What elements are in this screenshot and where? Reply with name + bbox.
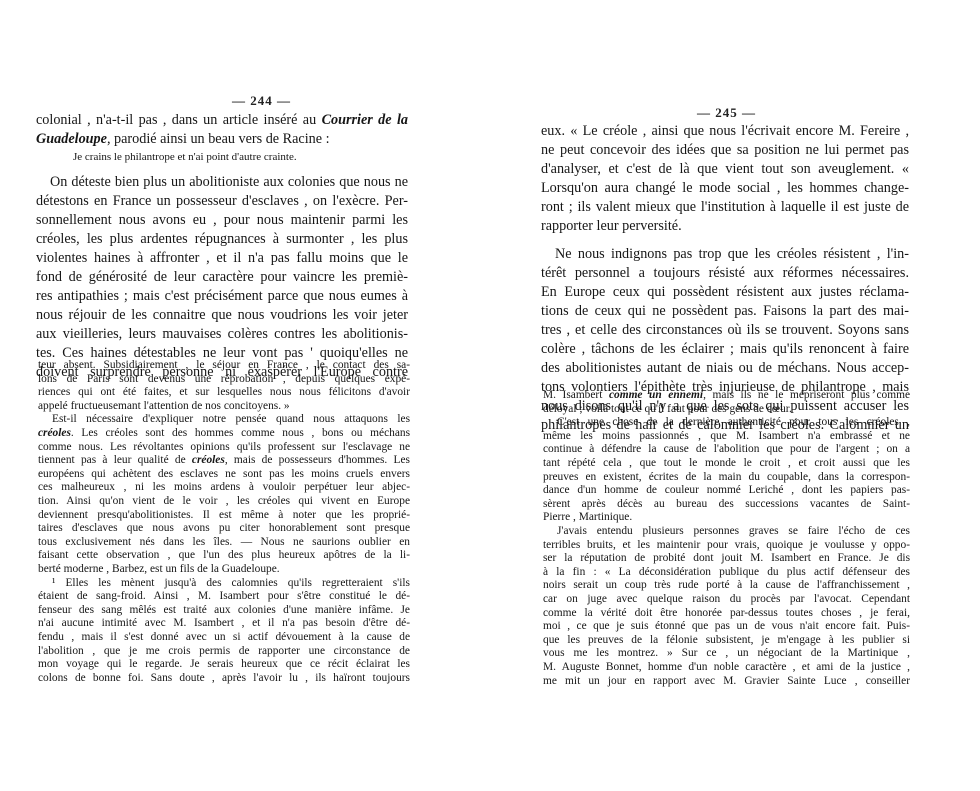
text-line: tous exclusivement nés dans les îles. — …	[38, 536, 410, 550]
text-line: dance d'un homme de couleur nommé Lerich…	[543, 484, 910, 498]
text-line: teur absent. Subsidiairement , le séjour…	[38, 359, 410, 373]
text-run: , mais ils ne le mépriseront plus comme	[703, 389, 910, 401]
text-run: res antipathies ; mais c'est précisément…	[36, 288, 408, 304]
text-line: aux vieilleries, leurs mauvaises colères…	[36, 325, 408, 344]
text-line: ¹ Elles les mènent jusqu'à des calomnies…	[52, 577, 410, 591]
text-run: , mais de possesseurs d'hommes. Les	[225, 454, 410, 466]
text-run: Est-il nécessaire d'expliquer notre pens…	[52, 413, 410, 425]
text-line: Guadeloupe, parodié ainsi un beau vers d…	[36, 130, 408, 149]
text-line: des abolitionistes autant de niais ou de…	[541, 359, 909, 378]
text-line: d'analyser, et c'est de là que vient tou…	[541, 160, 909, 179]
text-run: l'abolition , que je me crois permis de …	[38, 645, 410, 657]
text-run: Lorsqu'on aura changé le mode social , l…	[541, 180, 909, 196]
text-line: tant répété cela , que tout le monde le …	[543, 457, 910, 471]
text-run: rapporter leur perversité.	[541, 218, 682, 234]
text-line: vous me les montrez. » Sur ce , un négoc…	[543, 647, 910, 661]
page-number: — 244 —	[232, 93, 291, 109]
text-line: même les moins passionnés , que M. Isamb…	[543, 430, 910, 444]
text-line: tres , et celle des circonstances où ils…	[541, 321, 909, 340]
text-line: C'est une chose de la dernière authentic…	[557, 416, 910, 430]
text-line: deviennent presqu'abolitionistes. Il est…	[38, 509, 410, 523]
text-run: car on juge avec quelque raison du procè…	[543, 593, 910, 605]
text-run: tres , et celle des circonstances où ils…	[541, 322, 909, 338]
text-line: colère , tâchons de les éclairer ; mais …	[541, 340, 909, 359]
right-page-245: — 245 — eux. « Le créole , ainsi que nou…	[490, 0, 980, 791]
text-run: J'avais entendu plusieurs personnes grav…	[557, 525, 910, 537]
text-run: vous me les montrez. » Sur ce , un négoc…	[543, 647, 910, 659]
text-run: aux vieilleries, leurs mauvaises colères…	[36, 326, 408, 342]
text-run: tion. Ainsi qu'on vient de le voir , les…	[38, 495, 410, 507]
text-line: l'abolition , que je me crois permis de …	[38, 645, 410, 659]
text-run: tous exclusivement nés dans les îles. — …	[38, 536, 410, 548]
text-line: J'avais entendu plusieurs personnes grav…	[557, 525, 910, 539]
text-run: noirs serait un coup très rude porté à l…	[543, 579, 910, 591]
text-run: nous réjouir de les connaitre que nous v…	[36, 307, 408, 323]
text-line: moi , ce que je suis étonné que pas un d…	[543, 620, 910, 634]
text-line: sonnellement nous avons eu , pour nous m…	[36, 211, 408, 230]
text-line: appelé fructueusemant l'attention de nos…	[38, 400, 410, 414]
text-line: tions de ceux qui ne possèdent pas. Fais…	[541, 302, 909, 321]
text-run: à la fin : « La déconsidération publique…	[543, 566, 910, 578]
text-line: créoles. Les créoles sont des hommes com…	[38, 427, 410, 441]
text-line: faisant cette observation , que l'un des…	[38, 549, 410, 563]
text-run: On déteste bien plus un abolitioniste au…	[50, 174, 408, 190]
text-run: Ne nous indignons pas trop que les créol…	[555, 246, 909, 262]
text-run: terribles bruits, et les maintenir pour …	[543, 539, 910, 551]
text-run: ¹ Elles les mènent jusqu'à des calomnies…	[52, 577, 410, 589]
text-run: fendu , mais il s'est donné avec un si a…	[38, 631, 410, 643]
text-line: fendu , mais il s'est donné avec un si a…	[38, 631, 410, 645]
text-line: res antipathies ; mais c'est précisément…	[36, 287, 408, 306]
text-line: colons de bonne foi. Sans doute , après …	[38, 672, 410, 686]
text-run: . Les créoles sont des hommes comme nous…	[71, 427, 410, 439]
text-run: comme la vérité doit être honorée par-de…	[543, 607, 910, 619]
text-run: ser la réputation de probité dont jouit …	[543, 552, 910, 564]
text-line: européens qui achètent des esclaves ne s…	[38, 468, 410, 482]
text-line: créoles, les plus ardentes répugnances à…	[36, 230, 408, 249]
text-run: , parodié ainsi un beau vers de Racine :	[107, 131, 330, 147]
text-run: tiennent pas à leur qualité de	[38, 454, 192, 466]
text-run: appelé fructueusemant l'attention de nos…	[38, 400, 290, 412]
text-line: lons de Paris sont devenus une réprobati…	[38, 373, 410, 387]
text-line: ne peut concevoir des idées que sa posit…	[541, 141, 909, 160]
racine-verse-quote: Je crains le philantrope et n'ai point d…	[73, 150, 297, 164]
text-run: violentes haines à affronter , et il n'a…	[36, 250, 408, 266]
text-run: teur absent. Subsidiairement , le séjour…	[38, 359, 410, 371]
text-run: n'ai aucune intimité avec M. Isambert , …	[38, 617, 410, 629]
text-line: nous réjouir de les connaitre que nous v…	[36, 306, 408, 325]
text-line: riences qui ont été faites, et sur lesqu…	[38, 386, 410, 400]
text-line: ront ; ils valent mieux que l'institutio…	[541, 198, 909, 217]
text-run: Pierre , Martinique.	[543, 511, 632, 523]
text-line: M. Auguste Bonnet, homme d'un noble cara…	[543, 661, 910, 675]
text-run: des abolitionistes autant de niais ou de…	[541, 360, 909, 376]
text-run: ront ; ils valent mieux que l'institutio…	[541, 199, 909, 215]
text-run: tant répété cela , que tout le monde le …	[543, 457, 910, 469]
italic-text: Guadeloupe	[36, 131, 107, 147]
text-run: déloyal ; voilà tout ce qu'il faut pour …	[543, 403, 792, 415]
text-run: dance d'un homme de couleur nommé Lerich…	[543, 484, 910, 496]
text-run: colonial , n'a-t-il pas , dans un articl…	[36, 112, 322, 128]
text-run: berté moderne , Barbez, est un fils de l…	[38, 563, 280, 575]
text-run: fond de générosité de leur caractère pou…	[36, 269, 408, 285]
text-line: Pierre , Martinique.	[543, 511, 910, 525]
text-line: déloyal ; voilà tout ce qu'il faut pour …	[543, 403, 910, 417]
text-line: terribles bruits, et les maintenir pour …	[543, 539, 910, 553]
text-run: mon voyage qui le regarde. Je serais heu…	[38, 658, 410, 670]
text-line: berté moderne , Barbez, est un fils de l…	[38, 563, 410, 577]
text-run: sèrent après décès au bureau des success…	[543, 498, 910, 510]
text-line: térêt personnel a toujours résisté aux r…	[541, 264, 909, 283]
text-run: preuves en existent, écrites de la main …	[543, 471, 910, 483]
text-line: comme nous. Les révoltantes opinions qu'…	[38, 441, 410, 455]
text-line: me mit un jour en rapport avec M. Gravie…	[543, 675, 910, 689]
text-line: Lorsqu'on aura changé le mode social , l…	[541, 179, 909, 198]
text-line: n'ai aucune intimité avec M. Isambert , …	[38, 617, 410, 631]
text-run: moi , ce que je suis étonné que pas un d…	[543, 620, 910, 632]
text-line: étaient de sang-froid. Ainsi , M. Isambe…	[38, 590, 410, 604]
text-run: taires d'esclaves que nous avons pu cite…	[38, 522, 410, 534]
italic-text: Courrier de la	[322, 112, 408, 128]
text-line: car on juge avec quelque raison du procè…	[543, 593, 910, 607]
text-run: faisant cette observation , que l'un des…	[38, 549, 410, 561]
text-line: tiennent pas à leur qualité de créoles, …	[38, 454, 410, 468]
text-line: Ne nous indignons pas trop que les créol…	[555, 245, 909, 264]
text-run: tions de ceux qui ne possèdent pas. Fais…	[541, 303, 909, 319]
text-line: à la fin : « La déconsidération publique…	[543, 566, 910, 580]
italic-text: créoles	[38, 427, 71, 439]
text-run: M. Isambert	[543, 389, 609, 401]
text-run: comme nous. Les révoltantes opinions qu'…	[38, 441, 410, 453]
text-line: En Europe ceux qui possèdent résistent a…	[541, 283, 909, 302]
text-run: créoles, les plus ardentes répugnances à…	[36, 231, 408, 247]
text-run: colons de bonne foi. Sans doute , après …	[38, 672, 410, 684]
text-run: deviennent presqu'abolitionistes. Il est…	[38, 509, 410, 521]
text-line: rapporter leur perversité.	[541, 217, 909, 236]
text-run: sonnellement nous avons eu , pour nous m…	[36, 212, 408, 228]
text-line: On déteste bien plus un abolitioniste au…	[50, 173, 408, 192]
text-run: européens qui achètent des esclaves ne s…	[38, 468, 410, 480]
text-line: détestons en France un possesseur d'escl…	[36, 192, 408, 211]
italic-text: comme un ennemi	[609, 389, 703, 401]
text-run: que les preuves de la félonie subsistent…	[543, 634, 910, 646]
text-run: même les moins passionnés , que M. Isamb…	[543, 430, 910, 442]
text-run: fenseur des sang mêlés est traité aux co…	[38, 604, 410, 616]
text-line: ces malheureux , ni les moins ardens à v…	[38, 481, 410, 495]
text-line: mon voyage qui le regarde. Je serais heu…	[38, 658, 410, 672]
text-line: Est-il nécessaire d'expliquer notre pens…	[52, 413, 410, 427]
text-run: d'analyser, et c'est de là que vient tou…	[541, 161, 909, 177]
text-line: tion. Ainsi qu'on vient de le voir , les…	[38, 495, 410, 509]
text-line: eux. « Le créole , ainsi que nous l'écri…	[541, 122, 909, 141]
text-run: térêt personnel a toujours résisté aux r…	[541, 265, 909, 281]
text-run: ne peut concevoir des idées que sa posit…	[541, 142, 909, 158]
text-line: comme la vérité doit être honorée par-de…	[543, 607, 910, 621]
text-line: M. Isambert comme un ennemi, mais ils ne…	[543, 389, 910, 403]
text-line: taires d'esclaves que nous avons pu cite…	[38, 522, 410, 536]
text-run: riences qui ont été faites, et sur lesqu…	[38, 386, 410, 398]
left-page-244: — 244 — colonial , n'a-t-il pas , dans u…	[0, 0, 490, 791]
text-line: continue à défendre la cause de l'abolit…	[543, 443, 910, 457]
text-line: violentes haines à affronter , et il n'a…	[36, 249, 408, 268]
text-line: colonial , n'a-t-il pas , dans un articl…	[36, 111, 408, 130]
text-run: M. Auguste Bonnet, homme d'un noble cara…	[543, 661, 910, 673]
text-run: continue à défendre la cause de l'abolit…	[543, 443, 910, 455]
text-line: sèrent après décès au bureau des success…	[543, 498, 910, 512]
text-run: En Europe ceux qui possèdent résistent a…	[541, 284, 909, 300]
text-line: fenseur des sang mêlés est traité aux co…	[38, 604, 410, 618]
page-number: — 245 —	[697, 105, 756, 121]
text-line: preuves en existent, écrites de la main …	[543, 471, 910, 485]
text-run: détestons en France un possesseur d'escl…	[36, 193, 408, 209]
italic-text: créoles	[192, 454, 225, 466]
text-line: que les preuves de la félonie subsistent…	[543, 634, 910, 648]
text-line: noirs serait un coup très rude porté à l…	[543, 579, 910, 593]
text-run: ces malheureux , ni les moins ardens à v…	[38, 481, 410, 493]
text-line: fond de générosité de leur caractère pou…	[36, 268, 408, 287]
text-run: C'est une chose de la dernière authentic…	[557, 416, 910, 428]
text-run: étaient de sang-froid. Ainsi , M. Isambe…	[38, 590, 410, 602]
text-line: ser la réputation de probité dont jouit …	[543, 552, 910, 566]
text-run: me mit un jour en rapport avec M. Gravie…	[543, 675, 910, 687]
text-run: eux. « Le créole , ainsi que nous l'écri…	[541, 123, 909, 139]
text-run: colère , tâchons de les éclairer ; mais …	[541, 341, 909, 357]
text-run: lons de Paris sont devenus une réprobati…	[38, 373, 410, 385]
